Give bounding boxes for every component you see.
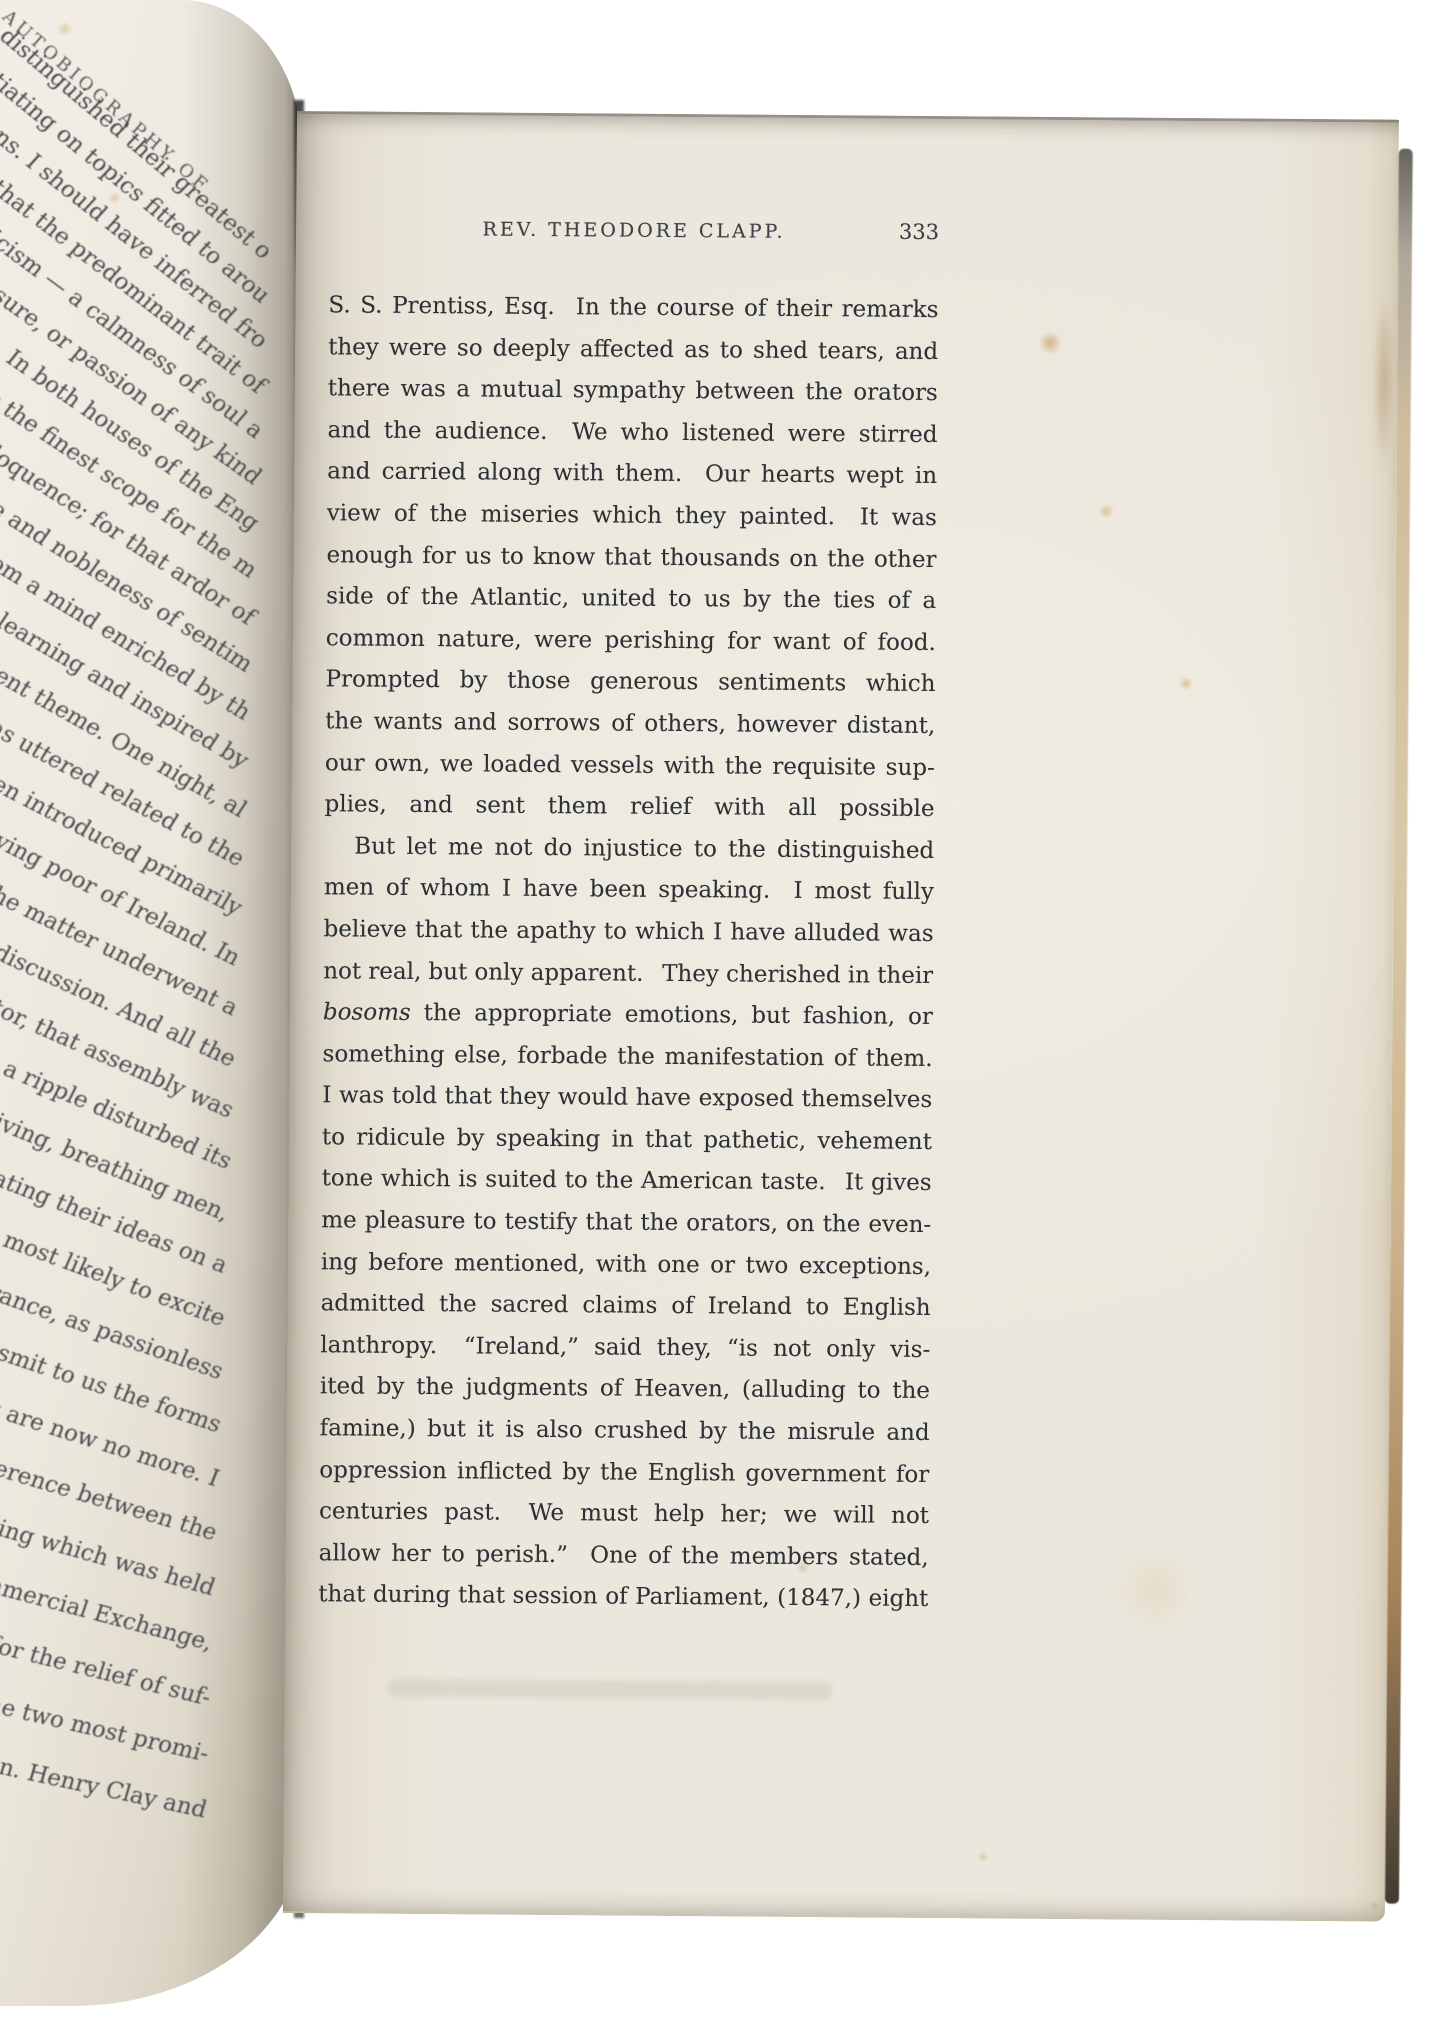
foxing-stain: [977, 1851, 989, 1862]
foxing-stain: [1369, 1900, 1380, 1910]
text-line: view of the miseries which they painted.…: [327, 493, 937, 539]
text-line: I was told that they would have exposed …: [322, 1076, 932, 1122]
text-line: and the audience. We who listened were s…: [327, 410, 937, 456]
text-line: to ridicule by speaking in that pathetic…: [322, 1117, 932, 1163]
text-line: plies, and sent them relief with all pos…: [324, 784, 934, 830]
text-line: ing before mentioned, with one or two ex…: [321, 1242, 931, 1288]
page-body-text: S. S. Prentiss, Esq. In the course of th…: [318, 285, 938, 1621]
text-line: that during that session of Parliament, …: [318, 1575, 928, 1621]
text-line: they were so deeply affected as to shed …: [328, 327, 938, 373]
text-line: believe that the apathy to which I have …: [323, 909, 933, 955]
text-line: centuries past. We must help her; we wil…: [319, 1491, 929, 1537]
text-line: But let me not do injustice to the disti…: [324, 826, 934, 872]
left-page: AUTOBIOGRAPHY OF which distinguished the…: [0, 0, 302, 2006]
text-line: not real, but only apparent. They cheris…: [323, 951, 933, 997]
text-line: men of whom I have been speaking. I most…: [324, 868, 934, 914]
text-line: famine,) but it is also crushed by the m…: [319, 1408, 929, 1454]
text-column: REV. THEODORE CLAPP. 333 S. S. Prentiss,…: [316, 114, 940, 1916]
foxing-stain: [1037, 332, 1063, 354]
fore-edge: [1385, 149, 1413, 1904]
text-line: the wants and sorrows of others, however…: [325, 701, 935, 747]
page-number: 333: [899, 220, 939, 244]
foxing-stain: [1098, 504, 1115, 518]
text-line: Prompted by those generous sentiments wh…: [325, 660, 935, 706]
text-line: something else, forbade the manifestatio…: [322, 1034, 932, 1080]
text-line: lanthropy. “Ireland,” said they, “is not…: [320, 1325, 930, 1371]
text-line: side of the Atlantic, united to us by th…: [326, 576, 936, 622]
left-page-text: which distinguished their greatest oexpa…: [0, 0, 302, 2006]
fore-edge-stain: [1372, 290, 1395, 470]
text-line: me pleasure to testify that the orators,…: [321, 1200, 931, 1246]
page-header-row: REV. THEODORE CLAPP. 333: [329, 217, 939, 254]
open-book-photo: AUTOBIOGRAPHY OF which distinguished the…: [0, 0, 1445, 2023]
show-through-text: [388, 1679, 833, 1700]
foxing-stain: [1107, 1552, 1204, 1627]
text-line: tone which is suited to the American tas…: [321, 1159, 931, 1205]
text-line: and carried along with them. Our hearts …: [327, 452, 937, 498]
right-page: REV. THEODORE CLAPP. 333 S. S. Prentiss,…: [283, 111, 1399, 1922]
text-line: allow her to perish.” One of the members…: [319, 1533, 929, 1579]
text-line: S. S. Prentiss, Esq. In the course of th…: [328, 285, 938, 331]
left-page-text-fragment: that was uttered related to the: [0, 565, 249, 871]
text-line: our own, we loaded vessels with the requ…: [325, 743, 935, 789]
text-line: admitted the sacred claims of Ireland to…: [320, 1283, 930, 1329]
left-page-text-fragment: t had been introduced primarily: [0, 623, 247, 921]
text-line: there was a mutual sympathy between the …: [328, 368, 938, 414]
text-line: common nature, were perishing for want o…: [326, 618, 936, 664]
foxing-stain: [1178, 677, 1193, 690]
text-line: bosoms the appropriate emotions, but fas…: [323, 992, 933, 1038]
text-line: ited by the judgments of Heaven, (alludi…: [320, 1367, 930, 1413]
running-head: REV. THEODORE CLAPP.: [482, 218, 785, 242]
text-line: oppression inflicted by the English gove…: [319, 1450, 929, 1496]
text-line: enough for us to know that thousands on …: [326, 535, 936, 581]
